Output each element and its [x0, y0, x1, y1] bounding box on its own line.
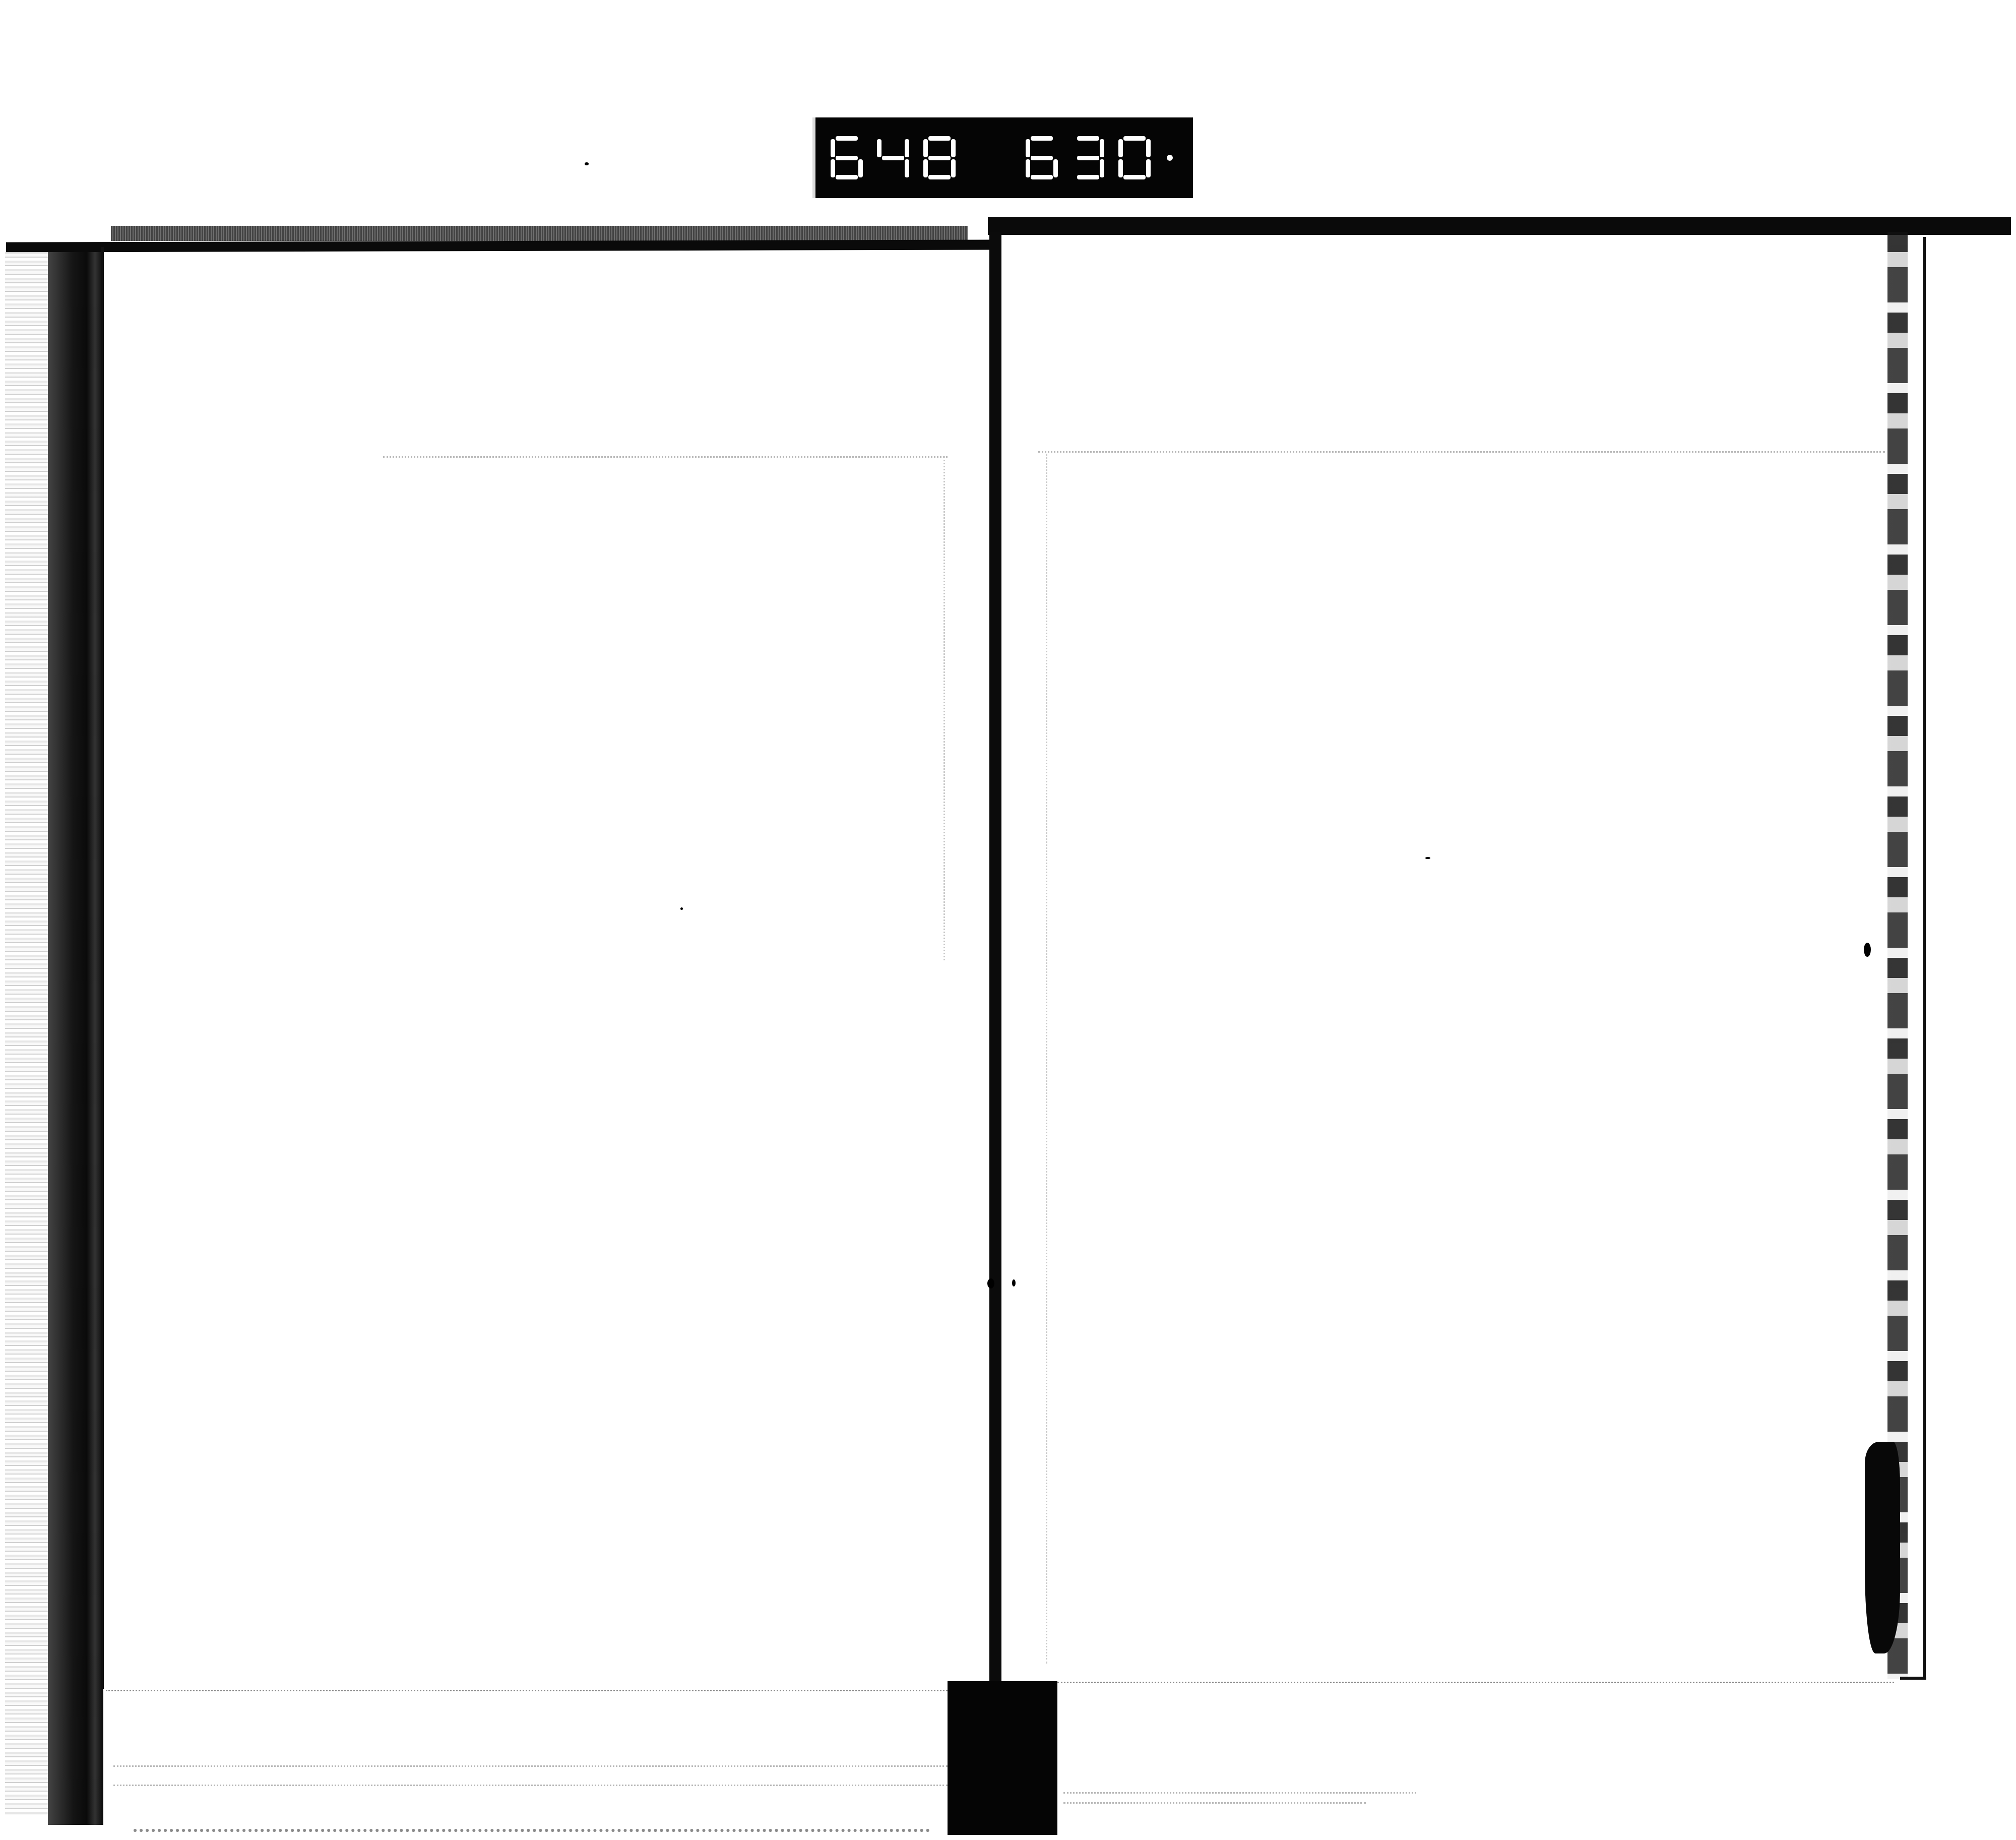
bottom-rule-4-right — [1063, 1802, 1366, 1804]
speck — [987, 1278, 994, 1289]
right-page-header-rule — [1038, 451, 1885, 453]
seven-segment-digit — [877, 136, 909, 179]
left-page-margin-rule — [943, 456, 945, 960]
speck — [1864, 943, 1871, 957]
center-gutter — [989, 232, 1001, 1684]
speck — [1425, 857, 1430, 859]
bottom-rule-1-right — [1057, 1682, 1894, 1683]
right-page-edge — [1923, 237, 1926, 1679]
frame-counter-plate: 648 630 — [812, 117, 1193, 198]
top-edge-shadow — [111, 226, 968, 241]
left-binding-edge — [48, 252, 103, 1825]
gutter-foot-block — [948, 1681, 1057, 1835]
top-clamp-bar-right — [988, 217, 2011, 235]
right-frame-number — [1026, 136, 1173, 179]
bottom-rule-2 — [113, 1765, 948, 1767]
bottom-edge-noise — [134, 1829, 930, 1832]
bottom-rule-3 — [113, 1785, 948, 1786]
edge-stain — [1865, 1442, 1900, 1653]
speck — [680, 907, 683, 910]
seven-segment-digit — [1026, 136, 1058, 179]
seven-segment-digit — [1118, 136, 1151, 179]
left-page-header-rule — [383, 456, 948, 458]
left-page — [104, 251, 989, 1683]
seven-segment-digit — [1072, 136, 1104, 179]
bottom-rule-3-right — [1063, 1792, 1416, 1794]
seven-segment-digit — [831, 136, 863, 179]
speck — [1012, 1279, 1016, 1286]
right-page-margin-rule — [1046, 454, 1047, 1664]
top-clamp-bar-left — [6, 239, 994, 252]
right-page-corner — [1900, 1677, 1926, 1680]
left-frame-number — [831, 136, 956, 179]
seven-segment-digit — [923, 136, 956, 179]
speck — [585, 162, 589, 165]
bottom-rule-1 — [106, 1690, 948, 1691]
decimal-point — [1167, 155, 1173, 161]
